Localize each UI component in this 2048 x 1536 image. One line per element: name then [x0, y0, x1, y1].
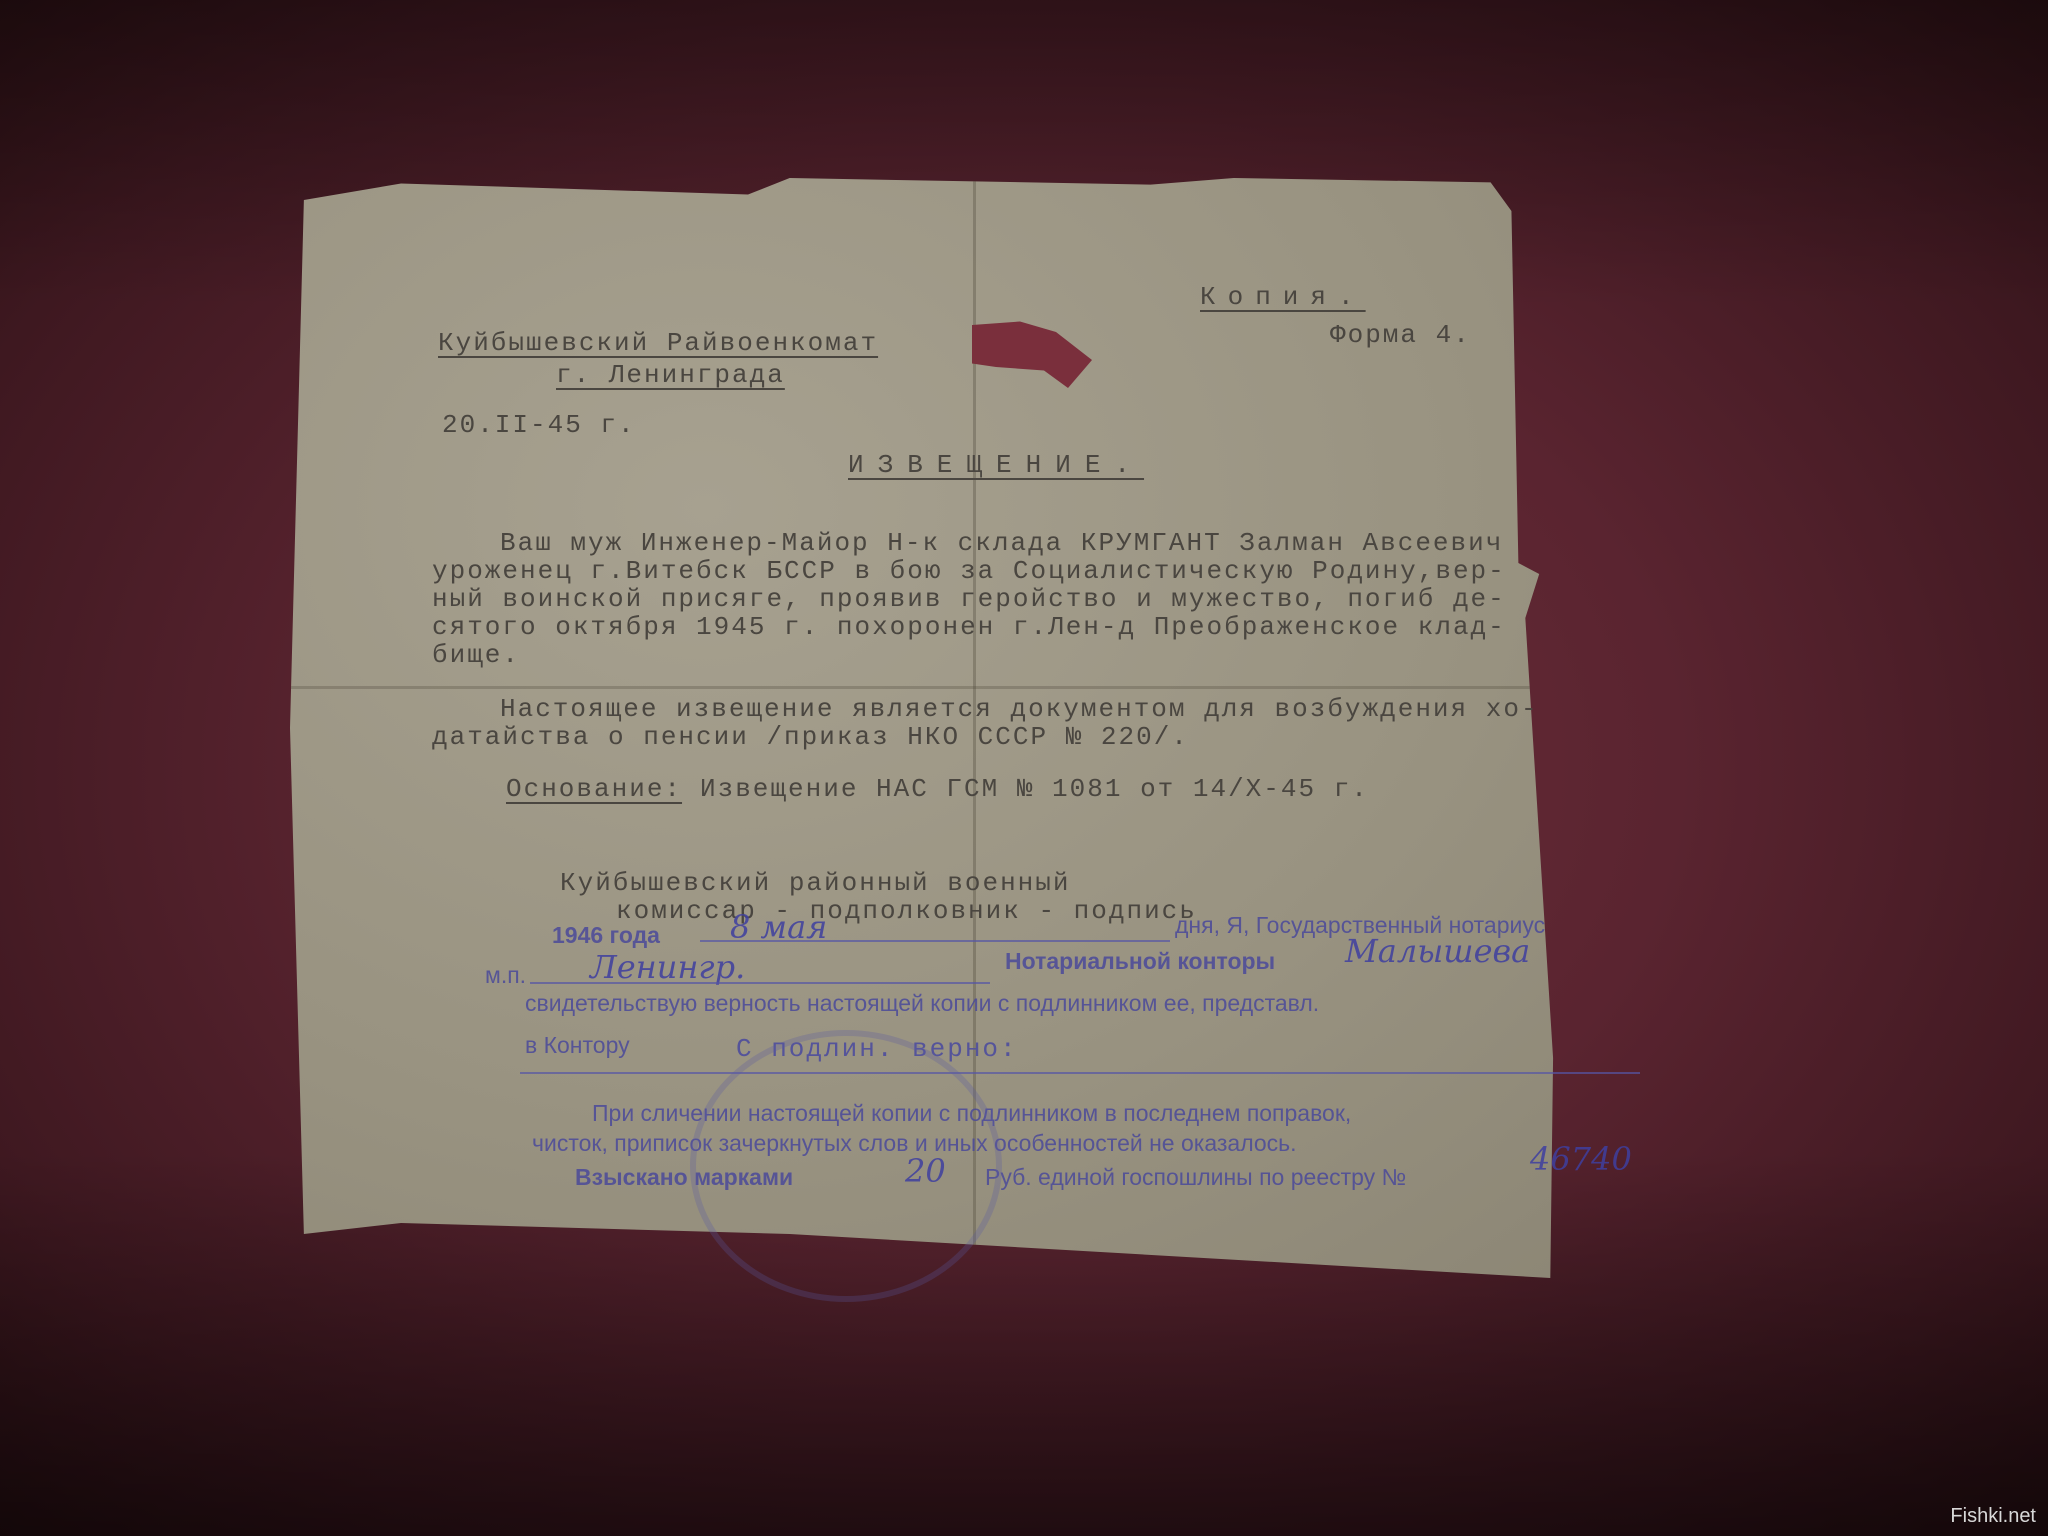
round-seal-stamp: [690, 1030, 1002, 1302]
registry-number-handwritten: 46740: [1530, 1140, 1632, 1178]
fee-suffix: Руб. единой госпошлины по реестру №: [985, 1164, 1406, 1191]
notary-year: 1946 года: [552, 922, 660, 949]
body-line-1: Ваш муж Инженер-Майор Н-к склада КРУМГАН…: [500, 528, 1503, 558]
notary-name-handwritten: Малышева: [1345, 932, 1530, 970]
certify-line: свидетельствую верность настоящей копии …: [525, 990, 1319, 1017]
pension-line-2: датайства о пенсии /приказ НКО СССР № 22…: [432, 722, 1189, 752]
horizontal-fold-line: [290, 686, 1678, 689]
issuer-line-1: Куйбышевский Райвоенкомат: [438, 328, 878, 358]
notary-office: Нотариальной конторы: [1005, 948, 1275, 975]
to-office-label: в Контору: [525, 1032, 630, 1059]
signature-line-2: комиссар - подполковник - подпись: [616, 896, 1197, 926]
document-date: 20.II-45 г.: [442, 410, 636, 440]
body-line-3: ный воинской присяге, проявив геройство …: [432, 584, 1506, 614]
pension-line-1: Настоящее извещение является документом …: [500, 694, 1539, 724]
mp-label: м.п.: [485, 962, 526, 989]
body-line-2: уроженец г.Витебск БССР в бою за Социали…: [432, 556, 1506, 586]
stamp-fill-line: [700, 940, 1170, 942]
basis-text: Извещение НАС ГСМ № 1081 от 14/X-45 г.: [700, 774, 1369, 804]
signature-line-1: Куйбышевский районный военный: [560, 868, 1070, 898]
copy-label: Копия.: [1200, 282, 1366, 312]
basis-label: Основание:: [506, 774, 682, 804]
issuer-line-2: г. Ленинграда: [556, 360, 785, 390]
watermark: Fishki.net: [1950, 1505, 2036, 1528]
body-line-4: сятого октября 1945 г. похоронен г.Лен-д…: [432, 612, 1506, 642]
body-line-5: бище.: [432, 640, 520, 670]
stamp-fill-line: [530, 982, 990, 984]
city-handwritten: Ленингр.: [590, 948, 745, 986]
document-title: ИЗВЕЩЕНИЕ.: [848, 450, 1144, 480]
form-label: Форма 4.: [1330, 320, 1471, 350]
stamp-divider: [520, 1072, 1640, 1074]
